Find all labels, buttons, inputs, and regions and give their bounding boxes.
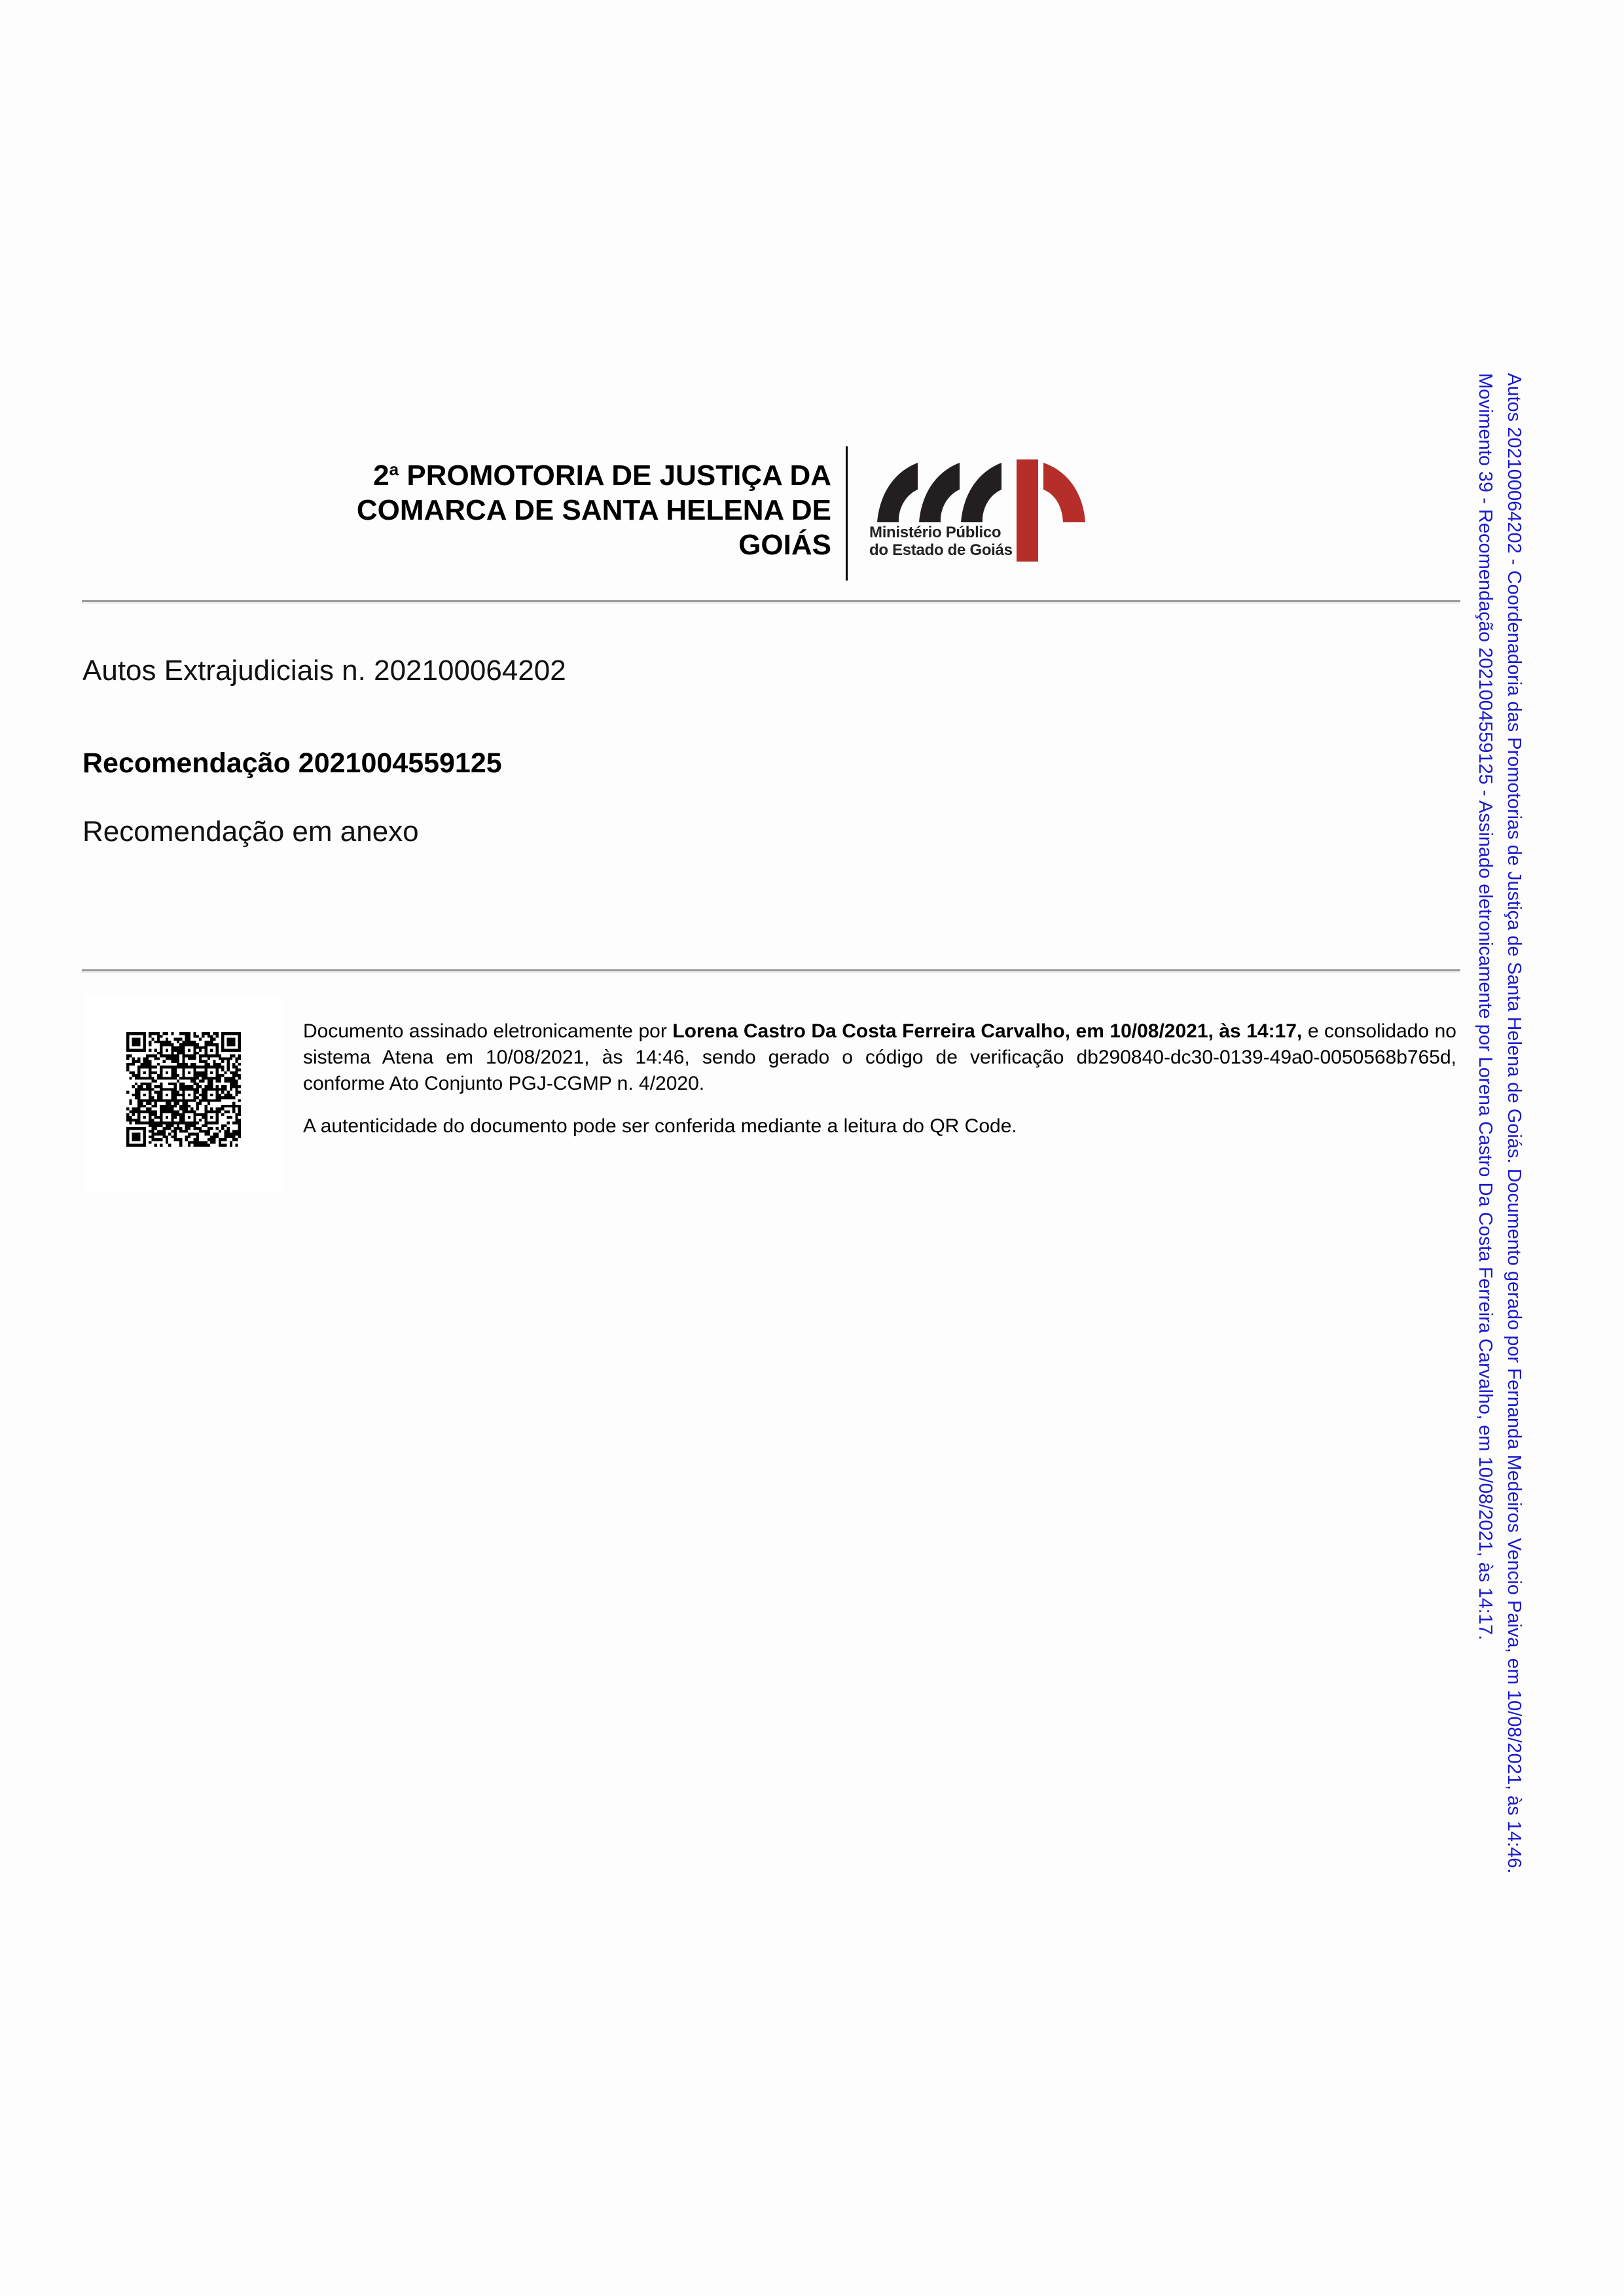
- signer-name: Lorena Castro Da Costa Ferreira Carvalho…: [672, 1020, 1302, 1042]
- signature-block: Documento assinado eletronicamente por L…: [303, 1018, 1456, 1156]
- title-line-3: GOIÁS: [249, 528, 831, 562]
- recomendacao-description: Recomendação em anexo: [82, 816, 419, 848]
- signature-statement: Documento assinado eletronicamente por L…: [303, 1018, 1456, 1097]
- title-line-1: PROMOTORIA DE JUSTIÇA DA: [406, 459, 831, 492]
- logo-caption-line-2: do Estado de Goiás: [869, 541, 1013, 559]
- side-stamp-line-1: Autos 202100064202 - Coordenadoria das P…: [1500, 373, 1528, 1873]
- signature-divider: [82, 969, 1460, 971]
- promotoria-title: 2a PROMOTORIA DE JUSTIÇA DA COMARCA DE S…: [249, 458, 831, 562]
- qr-code-box: [85, 995, 281, 1191]
- side-stamp-line-2: Movimento 39 - Recomendação 202100455912…: [1471, 373, 1500, 1873]
- header-separator: [846, 446, 848, 581]
- logo-caption-line-1: Ministério Público: [869, 524, 1013, 541]
- authenticity-note: A autenticidade do documento pode ser co…: [303, 1113, 1456, 1139]
- side-stamp: Autos 202100064202 - Coordenadoria das P…: [1471, 373, 1528, 1873]
- title-ordinal-suffix: a: [389, 459, 399, 479]
- title-line-2: COMARCA DE SANTA HELENA DE: [249, 493, 831, 528]
- logo-caption: Ministério Público do Estado de Goiás: [869, 524, 1013, 559]
- signature-prefix: Documento assinado eletronicamente por: [303, 1020, 672, 1042]
- header-divider: [82, 600, 1460, 602]
- title-ordinal: 2: [373, 459, 389, 492]
- qr-code-icon: [126, 1032, 241, 1147]
- autos-number: Autos Extrajudiciais n. 202100064202: [82, 655, 566, 687]
- recomendacao-title: Recomendação 2021004559125: [82, 747, 502, 780]
